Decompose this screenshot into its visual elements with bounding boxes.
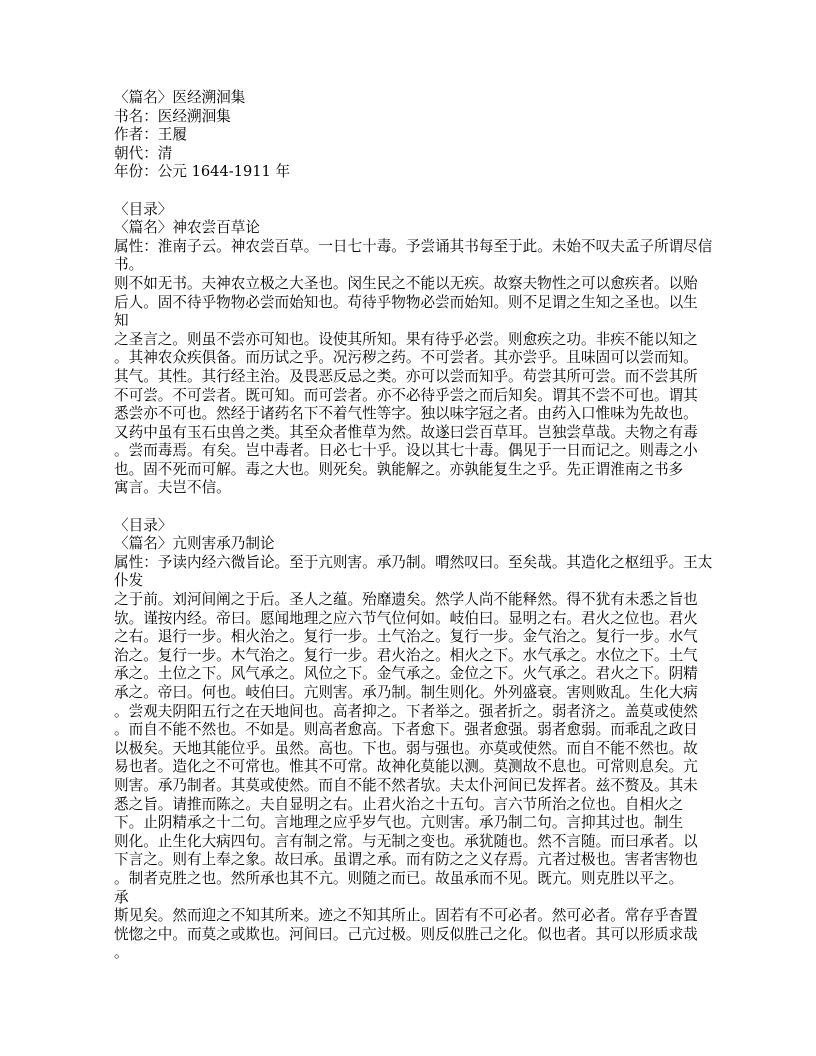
text-line: 仆发 bbox=[114, 572, 714, 591]
text-line: 恍惚之中。而莫之或欺也。河间曰。己亢过极。则反似胜己之化。似也者。其可以形质求哉 bbox=[114, 926, 714, 945]
toc-marker: 〈目录〉 bbox=[114, 517, 714, 536]
text-line: 承之。土位之下。风气承之。风位之下。金气承之。金位之下。火气承之。君火之下。阴精 bbox=[114, 665, 714, 684]
text-line: 之于前。刘河间阐之于后。圣人之蕴。殆靡遗矣。然学人尚不能释然。得不犹有未悉之旨也 bbox=[114, 591, 714, 610]
blank-line bbox=[114, 498, 714, 517]
text-line: 承之。帝曰。何也。岐伯曰。亢则害。承乃制。制生则化。外列盛衰。害则败乱。生化大病 bbox=[114, 684, 714, 703]
text-line: 书。 bbox=[114, 256, 714, 275]
text-line: 其气。其性。其行经主治。及畏恶反忌之类。亦可以尝而知乎。苟尝其所可尝。而不尝其所 bbox=[114, 368, 714, 387]
text-line: 治之。复行一步。木气治之。复行一步。君火治之。相火之下。水气承之。水位之下。土气 bbox=[114, 647, 714, 666]
text-line: 又药中虽有玉石虫兽之类。其至众者惟草为然。故遂曰尝百草耳。岂独尝草哉。夫物之有毒 bbox=[114, 424, 714, 443]
text-line: 。其神农众疾俱备。而历试之乎。况污秽之药。不可尝者。其亦尝乎。且味固可以尝而知。 bbox=[114, 349, 714, 368]
text-line: 之右。退行一步。相火治之。复行一步。土气治之。复行一步。金气治之。复行一步。水气 bbox=[114, 628, 714, 647]
section-shennong-chang-baicao: 〈目录〉 〈篇名〉神农尝百草论 属性：淮南子云。神农尝百草。一日七十毒。予尝诵其… bbox=[114, 201, 714, 499]
text-document: 〈篇名〉医经溯洄集书名：医经溯洄集作者：王履朝代：清年份：公元 1644-191… bbox=[114, 89, 714, 963]
text-line: 也。固不死而可解。毒之大也。则死矣。孰能解之。亦孰能复生之乎。先正谓淮南之书多 bbox=[114, 461, 714, 480]
text-line: 不可尝。不可尝者。既可知。而可尝者。亦不必待乎尝之而后知矣。谓其不尝不可也。谓其 bbox=[114, 387, 714, 406]
text-line: 后人。固不待乎物物必尝而始知也。苟待乎物物必尝而始知。则不足谓之生知之圣也。以生 bbox=[114, 294, 714, 313]
text-line: 下言之。则有上奉之象。故曰承。虽谓之承。而有防之之义存焉。亢者过极也。害者害物也 bbox=[114, 851, 714, 870]
text-line: 。 bbox=[114, 944, 714, 963]
text-line: 之圣言之。则虽不尝亦可知也。设使其所知。果有待乎必尝。则愈疾之功。非疾不能以知之 bbox=[114, 331, 714, 350]
text-line: 则不如无书。夫神农立极之大圣也。闵生民之不能以无疾。故察夫物性之可以愈疾者。以贻 bbox=[114, 275, 714, 294]
text-line: 作者：王履 bbox=[114, 126, 714, 145]
text-line: 。尝观夫阴阳五行之在天地间也。高者抑之。下者举之。强者折之。弱者济之。盖莫或使然 bbox=[114, 703, 714, 722]
text-line: 书名：医经溯洄集 bbox=[114, 108, 714, 127]
text-line: 欤。谨按内经。帝曰。愿闻地理之应六节气位何如。岐伯曰。显明之右。君火之位也。君火 bbox=[114, 610, 714, 629]
text-line: 则化。止生化大病四句。言有制之常。与无制之变也。承犹随也。然不言随。而曰承者。以 bbox=[114, 833, 714, 852]
text-line: 〈篇名〉医经溯洄集 bbox=[114, 89, 714, 108]
text-line: 。制者克胜之也。然所承也其不亢。则随之而已。故虽承而不见。既亢。则克胜以平之。 bbox=[114, 870, 714, 889]
blank-line bbox=[114, 182, 714, 201]
text-line: 知 bbox=[114, 312, 714, 331]
text-line: 朝代：清 bbox=[114, 145, 714, 164]
text-line: 。尝而毒焉。有矣。岂中毒者。日必七十乎。设以其七十毒。偶见于一日而记之。则毒之小 bbox=[114, 442, 714, 461]
section-kang-ze-hai: 〈目录〉 〈篇名〉亢则害承乃制论 属性：予读内经六微旨论。至于亢则害。承乃制。喟… bbox=[114, 517, 714, 963]
text-line: 属性：淮南子云。神农尝百草。一日七十毒。予尝诵其书每至于此。未始不叹夫孟子所谓尽… bbox=[114, 238, 714, 257]
section-title: 〈篇名〉亢则害承乃制论 bbox=[114, 535, 714, 554]
text-line: 以极矣。天地其能位乎。虽然。高也。下也。弱与强也。亦莫或使然。而自不能不然也。故 bbox=[114, 740, 714, 759]
section-body: 属性：淮南子云。神农尝百草。一日七十毒。予尝诵其书每至于此。未始不叹夫孟子所谓尽… bbox=[114, 238, 714, 498]
text-line: 斯见矣。然而迎之不知其所来。迹之不知其所止。固若有不可必者。然可必者。常存乎杳置 bbox=[114, 907, 714, 926]
text-line: 易也者。造化之不可常也。惟其不可常。故神化莫能以测。莫测故不息也。可常则息矣。亢 bbox=[114, 758, 714, 777]
text-line: 下。止阴精承之十二句。言地理之应乎岁气也。亢则害。承乃制二句。言抑其过也。制生 bbox=[114, 814, 714, 833]
section-title: 〈篇名〉神农尝百草论 bbox=[114, 219, 714, 238]
text-line: 则害。承乃制者。其莫或使然。而自不能不然者欤。夫太仆河间已发挥者。兹不赘及。其未 bbox=[114, 777, 714, 796]
text-line: 承 bbox=[114, 889, 714, 908]
text-line: 悉之旨。请推而陈之。夫自显明之右。止君火治之十五句。言六节所治之位也。自相火之 bbox=[114, 796, 714, 815]
text-line: 悉尝亦不可也。然经于诸药名下不着气性等字。独以味字冠之者。由药入口惟味为先故也。 bbox=[114, 405, 714, 424]
text-line: 年份：公元 1644-1911 年 bbox=[114, 163, 714, 182]
text-line: 寓言。夫岂不信。 bbox=[114, 479, 714, 498]
section-body: 属性：予读内经六微旨论。至于亢则害。承乃制。喟然叹曰。至矣哉。其造化之枢纽乎。王… bbox=[114, 554, 714, 963]
metadata-block: 〈篇名〉医经溯洄集书名：医经溯洄集作者：王履朝代：清年份：公元 1644-191… bbox=[114, 89, 714, 182]
toc-marker: 〈目录〉 bbox=[114, 201, 714, 220]
text-line: 属性：予读内经六微旨论。至于亢则害。承乃制。喟然叹曰。至矣哉。其造化之枢纽乎。王… bbox=[114, 554, 714, 573]
text-line: 。而自不能不然也。不如是。则高者愈高。下者愈下。强者愈强。弱者愈弱。而乖乱之政日 bbox=[114, 721, 714, 740]
